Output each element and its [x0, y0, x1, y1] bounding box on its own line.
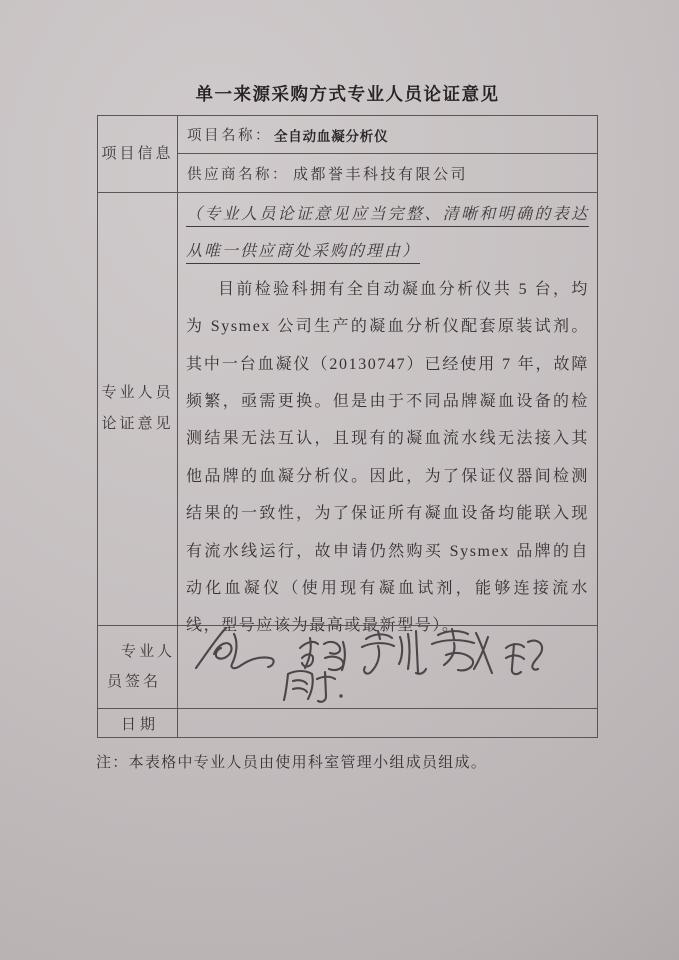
project-name-cell: 项目名称： 全自动血凝分析仪	[177, 116, 597, 153]
supplier-name-label: 供应商名称：	[187, 163, 289, 184]
opinion-form-table: 项目信息 项目名称： 全自动血凝分析仪 供应商名称： 成都誉丰科技有限公司 专业…	[97, 115, 598, 738]
date-row-label: 日期	[98, 708, 177, 737]
opinion-guideline-text: （专业人员论证意见应当完整、清晰和明确的表达从唯一供应商处采购的理由）	[186, 206, 589, 260]
project-info-row-label: 项目信息	[98, 116, 177, 192]
handwritten-signature-2	[300, 638, 345, 670]
expert-opinion-row-label-line2: 论证意见	[101, 409, 173, 440]
expert-opinion-row-label-line1: 专业人员	[101, 378, 173, 409]
photographed-paper-background: 单一来源采购方式专业人员论证意见 项目信息 项目名称： 全自动血凝分析仪 供应商…	[0, 0, 679, 960]
signature-row-label-line2: 员签名	[98, 667, 177, 697]
supplier-name-value: 成都誉丰科技有限公司	[293, 163, 468, 184]
expert-opinion-body-cell: （专业人员论证意见应当完整、清晰和明确的表达从唯一供应商处采购的理由） 目前检验…	[177, 192, 597, 625]
handwritten-signature-1	[196, 628, 274, 668]
document-sheet: 单一来源采购方式专业人员论证意见 项目信息 项目名称： 全自动血凝分析仪 供应商…	[0, 0, 679, 960]
opinion-paragraph-text: 目前检验科拥有全自动凝血分析仪共 5 台，均为 Sysmex 公司生产的凝血分析…	[186, 271, 589, 645]
date-value-cell	[177, 708, 597, 737]
signatures-cell	[177, 625, 597, 708]
handwritten-signature-5	[506, 641, 542, 674]
signature-row-label-line1: 专业人	[98, 637, 177, 667]
expert-opinion-row-label: 专业人员 论证意见	[98, 192, 177, 625]
footnote: 注：本表格中专业人员由使用科室管理小组成员组成。	[96, 751, 616, 772]
handwritten-signature-6	[284, 671, 343, 702]
signature-row-label: 专业人 员签名	[98, 625, 177, 708]
handwritten-signature-4	[432, 629, 492, 673]
project-name-value: 全自动血凝分析仪	[274, 125, 388, 145]
document-title: 单一来源采购方式专业人员论证意见	[97, 81, 598, 106]
handwritten-signatures-icon	[178, 626, 598, 709]
project-info-row-label-text: 项目信息	[101, 139, 173, 170]
project-name-label: 项目名称：	[187, 124, 272, 145]
date-row-label-text: 日期	[121, 713, 159, 734]
handwritten-signature-3	[362, 631, 426, 674]
supplier-name-cell: 供应商名称： 成都誉丰科技有限公司	[177, 153, 597, 192]
